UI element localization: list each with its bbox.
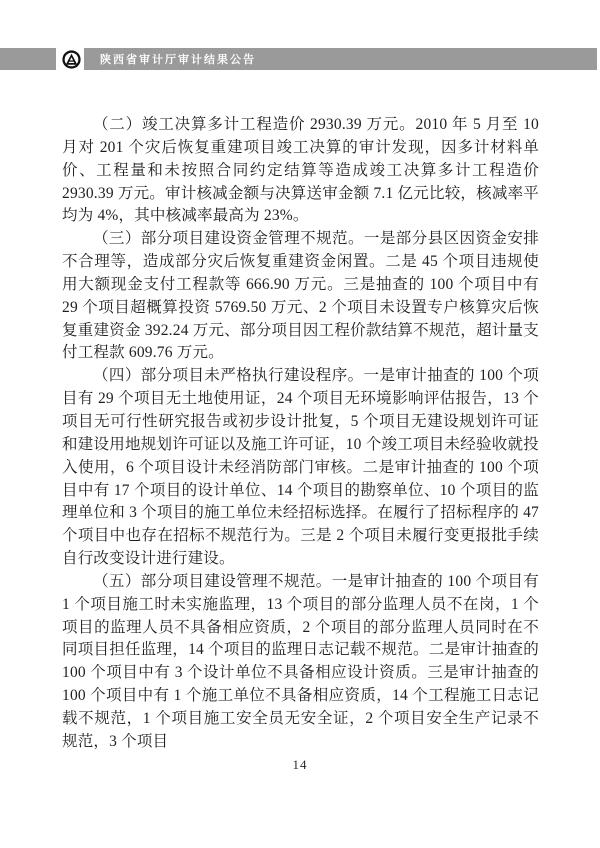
audit-emblem-icon — [62, 50, 81, 69]
audit-logo — [59, 48, 83, 70]
header-title: 陕西省审计厅审计结果公告 — [84, 51, 256, 67]
paragraph-2-completion-settlement: （二）竣工决算多计工程造价 2930.39 万元。2010 年 5 月至 10 … — [62, 114, 539, 228]
page-header: 陕西省审计厅审计结果公告 — [0, 48, 597, 70]
page-footer: 14 — [0, 756, 600, 774]
document-page: 陕西省审计厅审计结果公告 （二）竣工决算多计工程造价 2930.39 万元。20… — [0, 0, 600, 848]
paragraph-4-construction-procedure: （四）部分项目未严格执行建设程序。一是审计抽查的 100 个项目有 29 个项目… — [62, 365, 539, 571]
document-body: （二）竣工决算多计工程造价 2930.39 万元。2010 年 5 月至 10 … — [62, 114, 539, 754]
header-left-rule — [0, 48, 56, 70]
paragraph-3-fund-management: （三）部分项目建设资金管理不规范。一是部分县区因资金安排不合理等，造成部分灾后恢… — [62, 228, 539, 365]
page-number: 14 — [293, 757, 308, 772]
header-title-bar: 陕西省审计厅审计结果公告 — [84, 48, 597, 70]
paragraph-5-construction-management: （五）部分项目建设管理不规范。一是审计抽查的 100 个项目有 1 个项目施工时… — [62, 571, 539, 754]
